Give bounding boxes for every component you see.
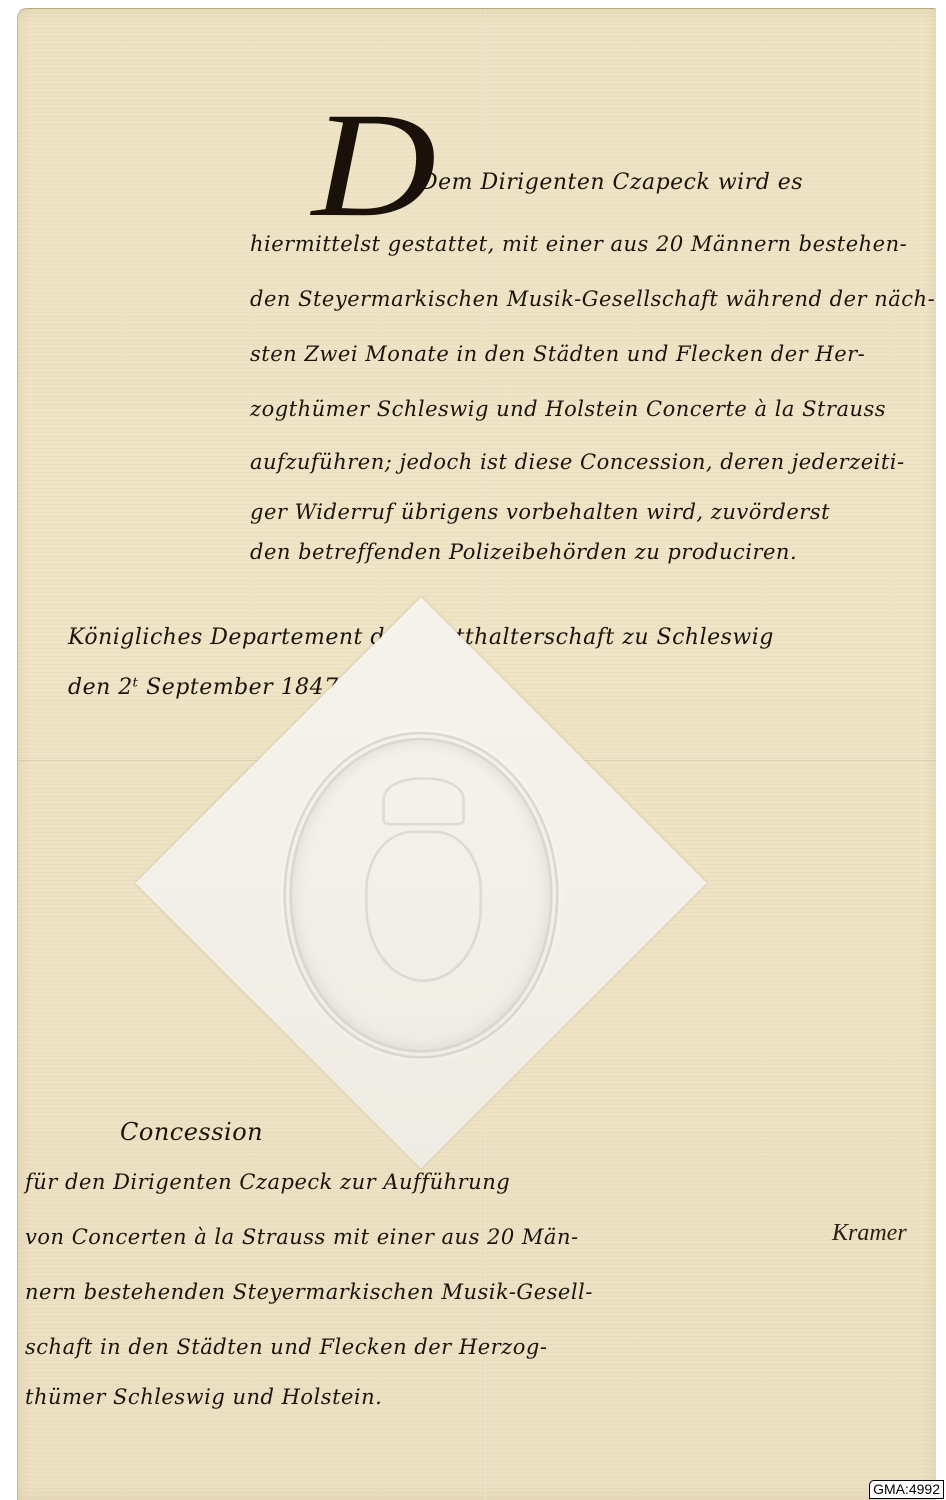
issue-date: den 2ᵗ September 1847.	[68, 675, 346, 700]
endorsement-line: schaft in den Städten und Flecken der He…	[25, 1335, 547, 1359]
seal-emboss-icon	[283, 732, 558, 1059]
endorsement-line: thümer Schleswig und Holstein.	[25, 1385, 382, 1409]
body-line: den betreffenden Polizeibehörden zu prod…	[250, 540, 797, 564]
body-line: aufzuführen; jedoch ist diese Concession…	[250, 450, 905, 474]
endorsement-line: von Concerten à la Strauss mit einer aus…	[25, 1225, 579, 1249]
endorsement-line: für den Dirigenten Czapeck zur Aufführun…	[25, 1170, 510, 1194]
crown-icon	[382, 778, 465, 826]
endorsement-title: Concession	[120, 1118, 263, 1146]
body-line: zogthümer Schleswig und Holstein Concert…	[250, 397, 886, 421]
endorsement-line: nern bestehenden Steyermarkischen Musik-…	[25, 1280, 593, 1304]
coat-of-arms-icon	[365, 831, 482, 982]
body-line: hiermittelst gestattet, mit einer aus 20…	[250, 232, 907, 256]
decorative-initial: D	[312, 90, 437, 240]
body-line: sten Zwei Monate in den Städten und Flec…	[250, 342, 865, 366]
signature-secondary: Kramer	[832, 1220, 907, 1247]
body-line: Dem Dirigenten Czapeck wird es	[420, 170, 803, 195]
body-line: den Steyermarkischen Musik-Gesellschaft …	[250, 287, 935, 311]
body-line: ger Widerruf übrigens vorbehalten wird, …	[250, 500, 830, 524]
archive-id-label: GMA:4992	[869, 1480, 944, 1499]
